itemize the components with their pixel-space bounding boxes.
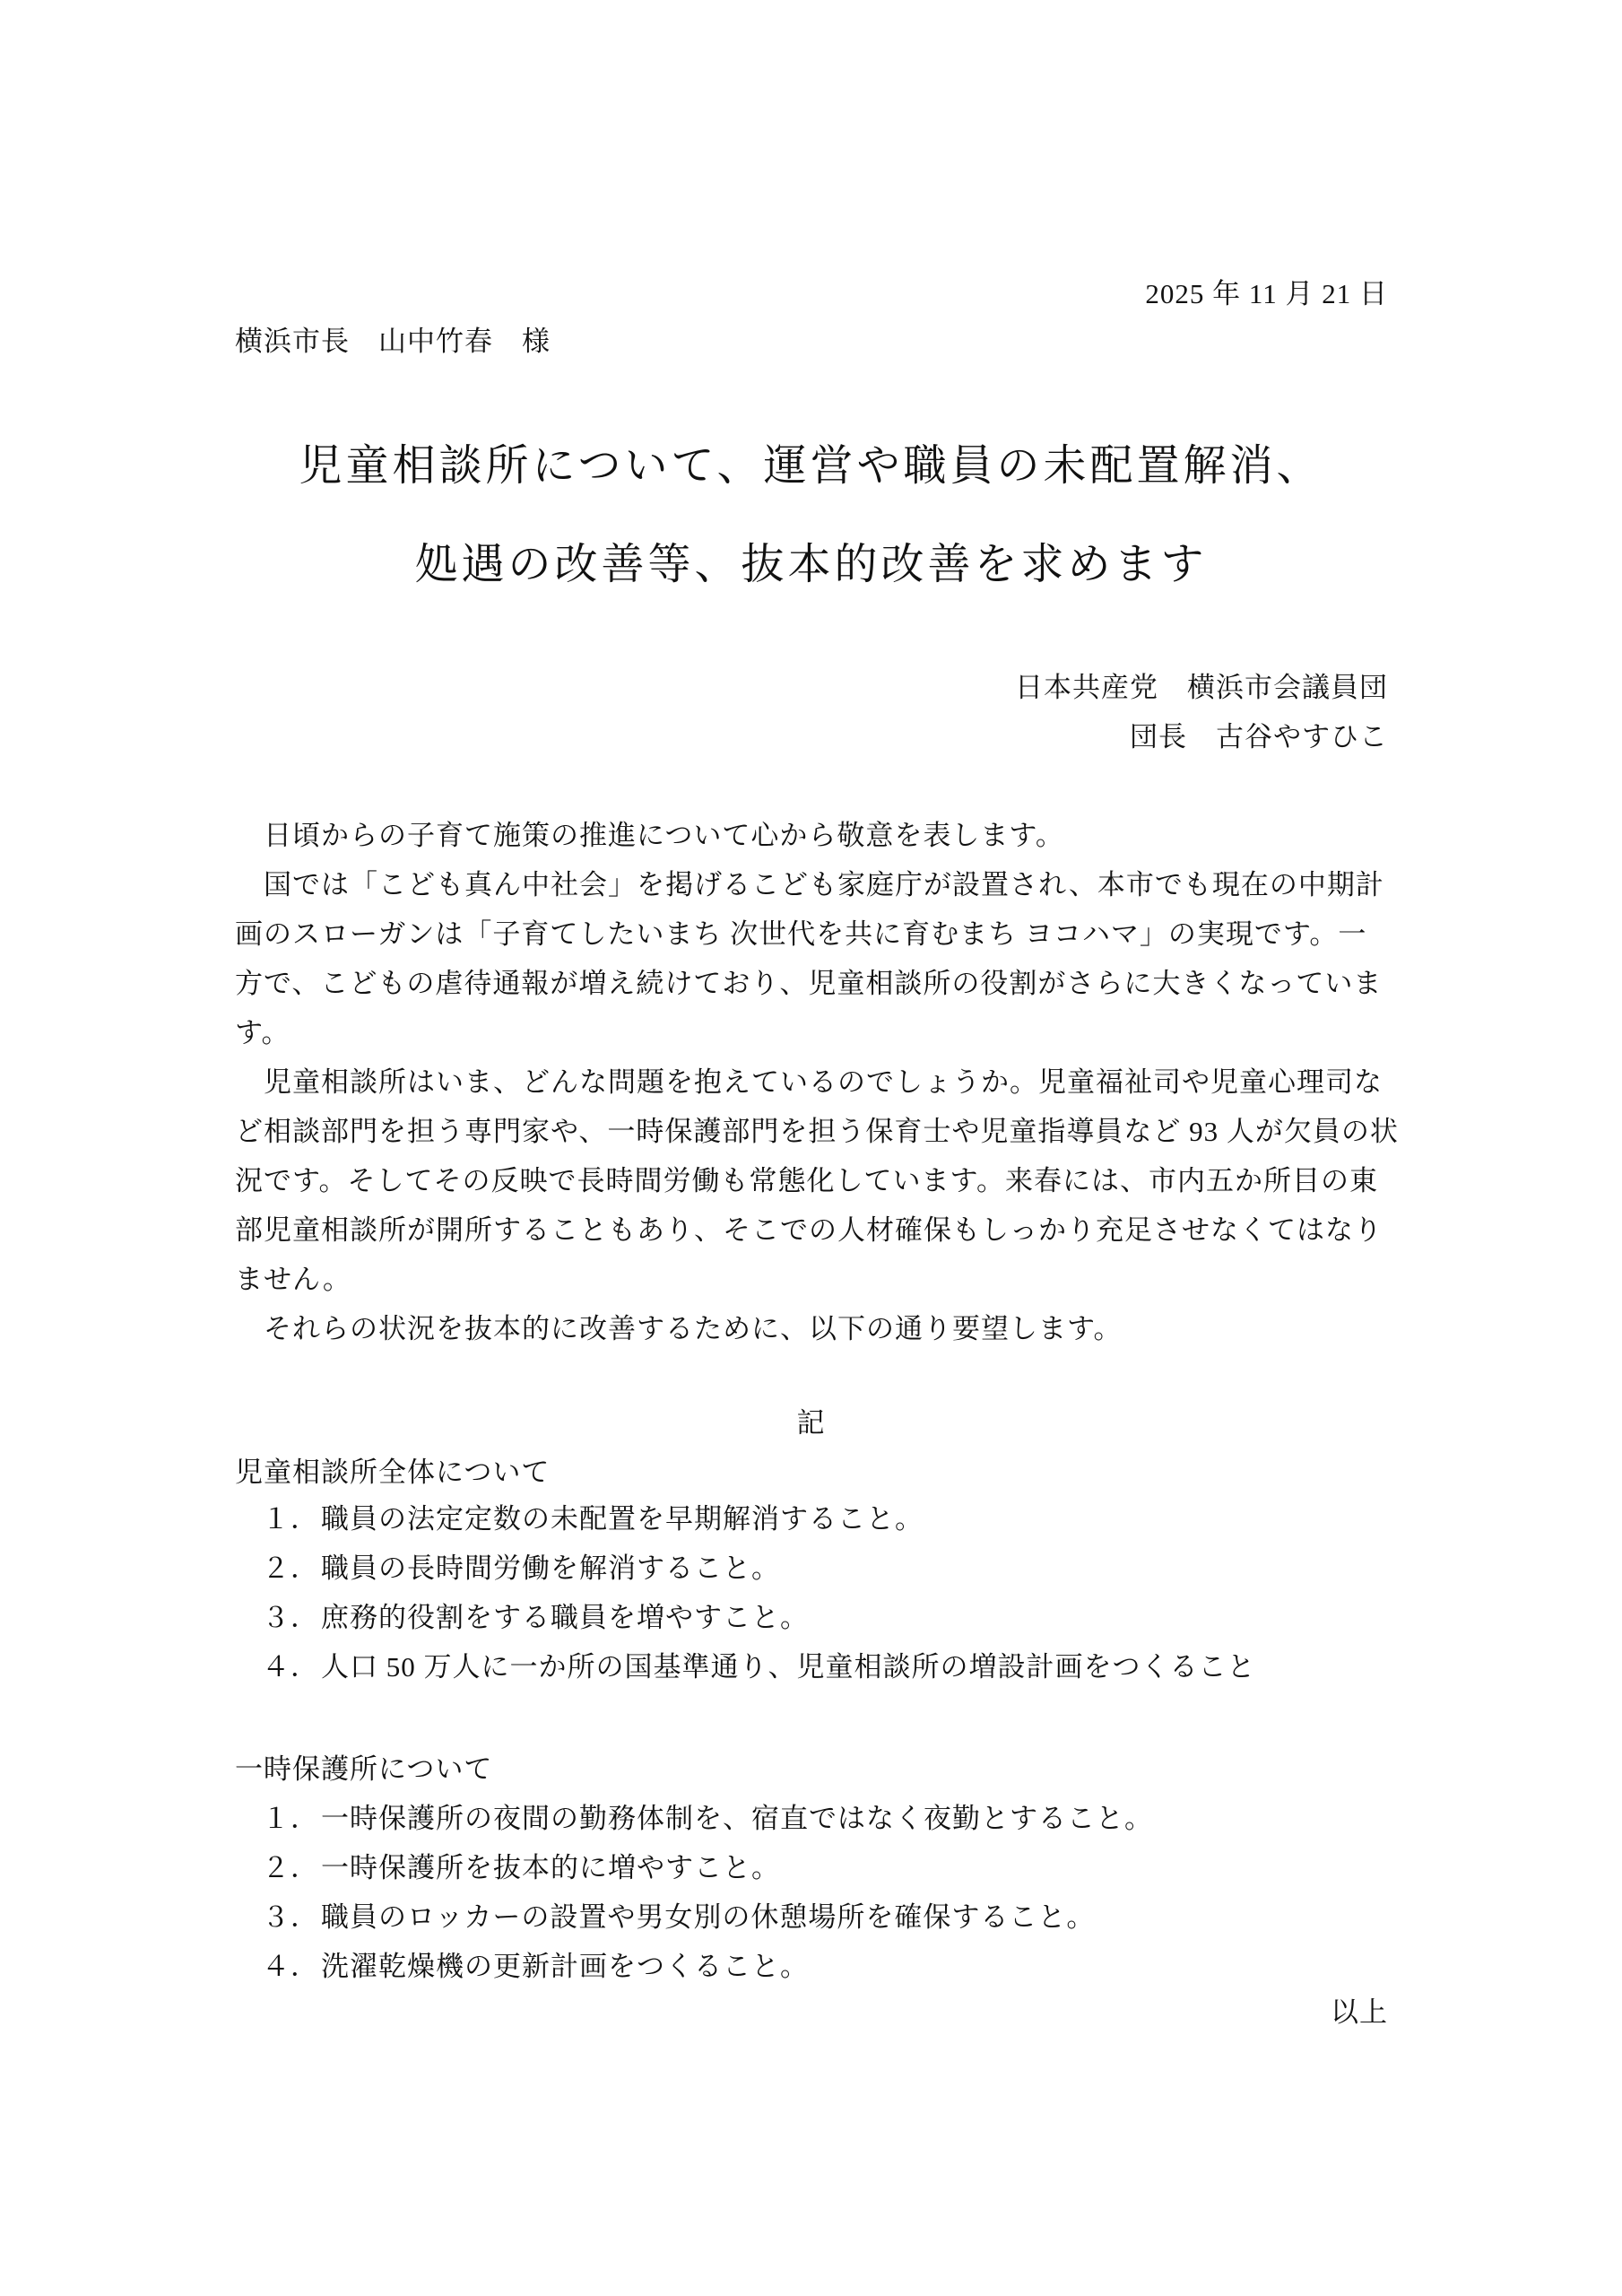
body-line: 児童相談所はいま、どんな問題を抱えているのでしょうか。児童福祉司や児童心理司な xyxy=(235,1066,1383,1099)
list-number: ３． xyxy=(262,1901,321,1934)
section-heading: 一時保護所について xyxy=(235,1753,492,1786)
list-item: ３．職員のロッカーの設置や男女別の休憩場所を確保すること。 xyxy=(262,1901,1095,1934)
document-date: 2025 年 11 月 21 日 xyxy=(1145,278,1388,310)
list-number: ２． xyxy=(262,1852,321,1884)
list-number: ３． xyxy=(262,1602,321,1634)
list-text: 一時保護所の夜間の勤務体制を、宿直ではなく夜勤とすること。 xyxy=(321,1803,1153,1834)
body-line: 日頃からの子育て施策の推進について心から敬意を表します。 xyxy=(235,820,1064,852)
ki-heading: 記 xyxy=(0,1407,1622,1439)
body-line: ど相談部門を担う専門家や、一時保護部門を担う保育士や児童指導員など 93 人が欠… xyxy=(235,1116,1399,1148)
body-line: す。 xyxy=(235,1017,291,1049)
list-number: ２． xyxy=(262,1552,321,1585)
list-item: ４．洗濯乾燥機の更新計画をつくること。 xyxy=(262,1951,809,1983)
closing-text: 以上 xyxy=(1331,1996,1388,2029)
list-text: 人口 50 万人に一か所の国基準通り、児童相談所の増設計画をつくること xyxy=(321,1651,1256,1683)
body-line: 部児童相談所が開所することもあり、そこでの人材確保もしっかり充足させなくてはなり xyxy=(235,1214,1383,1247)
body-line: ません。 xyxy=(235,1264,351,1296)
body-line: それらの状況を抜本的に改善するために、以下の通り要望します。 xyxy=(235,1313,1123,1345)
section-heading: 児童相談所全体について xyxy=(235,1457,550,1489)
document-page: 2025 年 11 月 21 日 横浜市長 山中竹春 様 児童相談所について、運… xyxy=(0,0,1622,2296)
list-number: １． xyxy=(262,1503,321,1535)
document-title-line-2: 処遇の改善等、抜本的改善を求めます xyxy=(0,540,1622,590)
body-line: 国では「こども真ん中社会」を掲げるこども家庭庁が設置され、本市でも現在の中期計 xyxy=(235,869,1384,901)
list-number: ４． xyxy=(262,1951,321,1983)
body-line: 画のスローガンは「子育てしたいまち 次世代を共に育むまち ヨコハマ」の実現です。… xyxy=(235,918,1366,951)
list-text: 庶務的役割をする職員を増やすこと。 xyxy=(321,1602,809,1633)
list-text: 職員の長時間労働を解消すること。 xyxy=(321,1552,780,1584)
addressee: 横浜市長 山中竹春 様 xyxy=(235,326,551,358)
list-item: ３．庶務的役割をする職員を増やすこと。 xyxy=(262,1602,809,1634)
list-item: ４．人口 50 万人に一か所の国基準通り、児童相談所の増設計画をつくること xyxy=(262,1651,1256,1683)
sender-representative: 団長 古谷やすひこ xyxy=(1130,721,1388,753)
list-item: １．一時保護所の夜間の勤務体制を、宿直ではなく夜勤とすること。 xyxy=(262,1803,1153,1835)
list-item: １．職員の法定定数の未配置を早期解消すること。 xyxy=(262,1503,924,1535)
list-text: 一時保護所を抜本的に増やすこと。 xyxy=(321,1852,780,1883)
body-line: 方で、こどもの虐待通報が増え続けており、児童相談所の役割がさらに大きくなっていま xyxy=(235,968,1382,1000)
list-number: ４． xyxy=(262,1651,321,1683)
list-item: ２．一時保護所を抜本的に増やすこと。 xyxy=(262,1852,780,1884)
sender-organization: 日本共産党 横浜市会議員団 xyxy=(1015,672,1388,704)
body-line: 況です。そしてその反映で長時間労働も常態化しています。来春には、市内五か所目の東 xyxy=(235,1165,1378,1197)
list-number: １． xyxy=(262,1803,321,1835)
list-text: 職員の法定定数の未配置を早期解消すること。 xyxy=(321,1503,924,1535)
list-item: ２．職員の長時間労働を解消すること。 xyxy=(262,1552,780,1585)
list-text: 洗濯乾燥機の更新計画をつくること。 xyxy=(321,1951,809,1982)
document-title-line-1: 児童相談所について、運営や職員の未配置解消、 xyxy=(0,441,1622,491)
list-text: 職員のロッカーの設置や男女別の休憩場所を確保すること。 xyxy=(321,1901,1095,1933)
